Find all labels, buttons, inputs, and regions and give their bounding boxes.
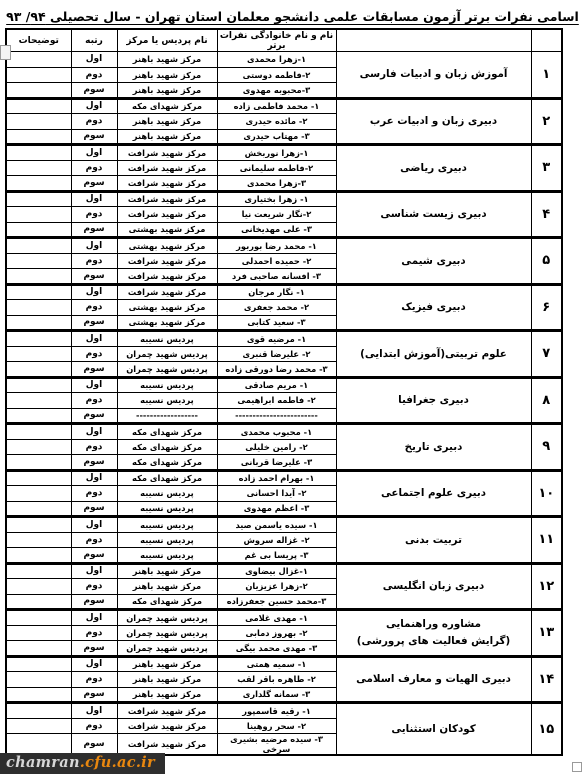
row-number: ۱۵ [531,703,562,756]
remark-value [6,222,71,238]
remark-value [6,238,71,254]
winner-name: ۳- اعظم مهدوی [217,501,336,517]
header-center: نام پردیس یا مرکز [117,29,217,52]
remark-value [6,408,71,424]
campus-name: مرکز شهید شرافت [117,703,217,719]
winner-name: ۱- مرضیه قوی [217,331,336,347]
remark-value [6,67,71,83]
remark-value [6,269,71,285]
rank-value: اول [71,424,117,440]
rank-value: دوم [71,67,117,83]
remark-value [6,579,71,595]
rank-value: اول [71,563,117,579]
campus-name: مرکز شهید باهنر [117,656,217,672]
remark-value [6,672,71,688]
campus-name: مرکز شهید باهنر [117,114,217,130]
winner-name: ۲- بهروز دمابی [217,625,336,641]
field-name: دبیری زیست شناسی [336,191,531,238]
winner-name: ۳- سیده مرضیه بشیری سرخی [217,734,336,756]
remark-value [6,253,71,269]
rank-value: سوم [71,129,117,145]
remark-value [6,548,71,564]
campus-name: مرکز شهید بهشتی [117,238,217,254]
table-row: ۱۲دبیری زبان انگلیسی۱-غزال بیضاویمرکز شه… [6,563,562,579]
remark-value [6,160,71,176]
field-name: دبیری زبان انگلیسی [336,563,531,610]
header-names: نام و نام خانوادگی نفرات برتر [217,29,336,52]
table-row: ۱۱تربیت بدنی۱- سیده یاسمن صیدپردیس نسیبه… [6,517,562,533]
winner-name: ۲-نگار شریعت نیا [217,207,336,223]
rank-value: دوم [71,253,117,269]
table-row: ۱۴دبیری الهیات و معارف اسلامی۱- سمیه همت… [6,656,562,672]
remark-value [6,176,71,192]
row-number: ۱۳ [531,610,562,657]
rank-value: دوم [71,579,117,595]
table-row: ۵دبیری شیمی۱- محمد رضا بوربورمرکز شهید ب… [6,238,562,254]
rank-value: دوم [71,160,117,176]
table-row: ۶دبیری فیزیک۱- نگار مرجانمرکز شهید شرافت… [6,284,562,300]
field-name: کودکان استثنایی [336,703,531,756]
remark-value [6,641,71,657]
remark-value [6,594,71,610]
winner-name: ۱- زهرا بختیاری [217,191,336,207]
winner-name: ۱- رقیه قاسمپور [217,703,336,719]
scanned-document-page: { "page": { "title": "اسامی نفرات برتر آ… [0,0,585,779]
rank-value: سوم [71,269,117,285]
campus-name: مرکز شهید باهنر [117,687,217,703]
results-table-body: ۱آموزش زبان و ادبیات فارسی۱-زهرا محمدیمر… [6,52,562,756]
header-field [336,29,531,52]
table-row: ۱۵کودکان استثنایی۱- رقیه قاسمپورمرکز شهی… [6,703,562,719]
remark-value [6,486,71,502]
remark-value [6,315,71,331]
rank-value: دوم [71,672,117,688]
remark-value [6,346,71,362]
remark-value [6,98,71,114]
winner-name: ۳-محمد حسین جعفرزاده [217,594,336,610]
winner-name: ۳- سعید کتابی [217,315,336,331]
campus-name: مرکز شهید شرافت [117,269,217,285]
campus-name: مرکز شهدای مکه [117,594,217,610]
winner-name: ۳- علی مهدیخانی [217,222,336,238]
campus-name: پردیس نسیبه [117,501,217,517]
row-number: ۱۴ [531,656,562,703]
remark-value [6,362,71,378]
rank-value: سوم [71,408,117,424]
table-row: ۱۳مشاوره وراهنمایی (گرایش فعالیت های پرو… [6,610,562,626]
winner-name: ۲- رامین خلیلی [217,439,336,455]
rank-value: اول [71,98,117,114]
campus-name: پردیس شهید چمران [117,610,217,626]
row-number: ۱۰ [531,470,562,517]
campus-name: مرکز شهید باهنر [117,83,217,99]
winner-name: ۳- افسانه صاحبی فرد [217,269,336,285]
watermark-badge: chamran.cfu.ac.ir [0,753,165,774]
header-row-number [531,29,562,52]
remark-value [6,718,71,734]
rank-value: اول [71,191,117,207]
campus-name: پردیس شهید چمران [117,625,217,641]
remark-value [6,563,71,579]
rank-value: سوم [71,315,117,331]
winner-name: ۲- سحر روهینا [217,718,336,734]
row-number: ۹ [531,424,562,471]
rank-value: دوم [71,486,117,502]
remark-value [6,284,71,300]
winner-name: ۲-زهرا عزیزیان [217,579,336,595]
campus-name: مرکز شهید شرافت [117,191,217,207]
campus-name: پردیس نسیبه [117,393,217,409]
winner-name: ۲- فاطمه ابراهیمی [217,393,336,409]
campus-name: پردیس نسیبه [117,331,217,347]
remark-value [6,439,71,455]
rank-value: سوم [71,176,117,192]
winner-name: ۲- طاهره باقر لقب [217,672,336,688]
remark-value [6,625,71,641]
remark-value [6,393,71,409]
remark-value [6,703,71,719]
rank-value: اول [71,284,117,300]
remark-value [6,83,71,99]
row-number: ۶ [531,284,562,331]
campus-name: مرکز شهید باهنر [117,67,217,83]
campus-name: مرکز شهید باهنر [117,129,217,145]
campus-name: مرکز شهید باهنر [117,672,217,688]
rank-value: دوم [71,300,117,316]
campus-name: مرکز شهید شرافت [117,284,217,300]
row-number: ۴ [531,191,562,238]
table-row: ۱آموزش زبان و ادبیات فارسی۱-زهرا محمدیمر… [6,52,562,68]
campus-name: مرکز شهید باهنر [117,563,217,579]
watermark-site-name: chamran [6,754,80,771]
winner-name: ۲- مائده حیدری [217,114,336,130]
remark-value [6,331,71,347]
campus-name: مرکز شهید بهشتی [117,300,217,316]
remark-value [6,517,71,533]
winner-name: ۳-محبوبه مهدوی [217,83,336,99]
rank-value: دوم [71,207,117,223]
rank-value: سوم [71,687,117,703]
remark-value [6,687,71,703]
rank-value: سوم [71,83,117,99]
campus-name: پردیس نسیبه [117,486,217,502]
field-name: مشاوره وراهنمایی (گرایش فعالیت های پرورش… [336,610,531,657]
rank-value: اول [71,331,117,347]
field-name: دبیری جغرافیا [336,377,531,424]
remark-value [6,114,71,130]
field-name: دبیری علوم اجتماعی [336,470,531,517]
table-row: ۸دبیری جغرافیا۱- مریم صادقیپردیس نسیبهاو… [6,377,562,393]
winner-name: ۳-زهرا محمدی [217,176,336,192]
remark-value [6,455,71,471]
rank-value: اول [71,703,117,719]
rank-value: دوم [71,393,117,409]
watermark-site-suffix: .cfu.ac.ir [80,754,155,771]
campus-name: مرکز شهدای مکه [117,424,217,440]
rank-value: دوم [71,625,117,641]
rank-value: دوم [71,114,117,130]
campus-name: مرکز شهید باهنر [117,579,217,595]
winner-name: ------------------------ [217,408,336,424]
scan-artifact-bottom-right [572,762,582,772]
rank-value: دوم [71,439,117,455]
rank-value: اول [71,656,117,672]
campus-name: پردیس نسیبه [117,548,217,564]
winner-name: ۲-فاطمه دوستی [217,67,336,83]
remark-value [6,300,71,316]
rank-value: دوم [71,346,117,362]
page-title: اسامی نفرات برتر آزمون مسابقات علمی دانش… [0,0,585,24]
remark-value [6,377,71,393]
rank-value: اول [71,470,117,486]
campus-name: مرکز شهدای مکه [117,98,217,114]
table-row: ۳دبیری ریاضی۱-زهرا نوربخشمرکز شهید شرافت… [6,145,562,161]
campus-name: مرکز شهید شرافت [117,718,217,734]
rank-value: سوم [71,455,117,471]
row-number: ۳ [531,145,562,192]
rank-value: سوم [71,222,117,238]
winner-name: ۳- محمد رضا دورقی زاده [217,362,336,378]
winner-name: ۱- محبوب محمدی [217,424,336,440]
row-number: ۱۱ [531,517,562,564]
campus-name: پردیس شهید چمران [117,362,217,378]
row-number: ۱۲ [531,563,562,610]
rank-value: سوم [71,548,117,564]
winner-name: ۲- حمیده احمدلی [217,253,336,269]
remark-value [6,191,71,207]
campus-name: پردیس شهید چمران [117,346,217,362]
winner-name: ۱-زهرا نوربخش [217,145,336,161]
results-table: نام و نام خانوادگی نفرات برتر نام پردیس … [5,28,563,756]
field-name: تربیت بدنی [336,517,531,564]
row-number: ۸ [531,377,562,424]
campus-name: ------------------ [117,408,217,424]
winner-name: ۳- پریسا بی غم [217,548,336,564]
scan-artifact-top-left [0,45,11,60]
remark-value [6,501,71,517]
rank-value: اول [71,610,117,626]
remark-value [6,129,71,145]
remark-value [6,207,71,223]
campus-name: مرکز شهید شرافت [117,160,217,176]
rank-value: اول [71,377,117,393]
winner-name: ۱- سمیه همتی [217,656,336,672]
remark-value [6,610,71,626]
winner-name: ۲- محمد جعفری [217,300,336,316]
rank-value: اول [71,238,117,254]
winner-name: ۲- غزاله سروش [217,532,336,548]
field-name: دبیری فیزیک [336,284,531,331]
remark-value [6,656,71,672]
winner-name: ۳- مهتاب حیدری [217,129,336,145]
field-name: آموزش زبان و ادبیات فارسی [336,52,531,99]
winner-name: ۲-فاطمه سلیمانی [217,160,336,176]
rank-value: دوم [71,718,117,734]
campus-name: مرکز شهید شرافت [117,145,217,161]
winner-name: ۱- بهرام احمد زاده [217,470,336,486]
rank-value: دوم [71,532,117,548]
table-row: ۹دبیری تاریخ۱- محبوب محمدیمرکز شهدای مکه… [6,424,562,440]
row-number: ۵ [531,238,562,285]
campus-name: مرکز شهید شرافت [117,253,217,269]
remark-value [6,470,71,486]
row-number: ۷ [531,331,562,378]
winner-name: ۳- علیرضا قربانی [217,455,336,471]
remark-value [6,424,71,440]
campus-name: پردیس نسیبه [117,377,217,393]
remark-value [6,145,71,161]
campus-name: پردیس شهید چمران [117,641,217,657]
rank-value: اول [71,517,117,533]
rank-value: سوم [71,594,117,610]
results-table-header: نام و نام خانوادگی نفرات برتر نام پردیس … [6,29,562,52]
rank-value: سوم [71,641,117,657]
remark-value [6,532,71,548]
campus-name: مرکز شهید شرافت [117,207,217,223]
winner-name: ۳- مهدی محمد بیگی [217,641,336,657]
field-name: دبیری ریاضی [336,145,531,192]
field-name: دبیری الهیات و معارف اسلامی [336,656,531,703]
winner-name: ۱- سیده یاسمن صید [217,517,336,533]
header-rank: رتبه [71,29,117,52]
field-name: دبیری شیمی [336,238,531,285]
campus-name: مرکز شهدای مکه [117,470,217,486]
campus-name: مرکز شهدای مکه [117,455,217,471]
winner-name: ۱- مهدی غلامی [217,610,336,626]
campus-name: پردیس نسیبه [117,517,217,533]
winner-name: ۱- محمد رضا بوربور [217,238,336,254]
winner-name: ۲- علیرضا قنبری [217,346,336,362]
campus-name: مرکز شهید بهشتی [117,315,217,331]
rank-value: سوم [71,362,117,378]
winner-name: ۱- نگار مرجان [217,284,336,300]
remark-value [6,52,71,68]
table-row: ۲دبیری زبان و ادبیات عرب۱- محمد فاطمی زا… [6,98,562,114]
row-number: ۲ [531,98,562,145]
campus-name: مرکز شهید باهنر [117,52,217,68]
rank-value: سوم [71,501,117,517]
winner-name: ۱-زهرا محمدی [217,52,336,68]
campus-name: مرکز شهید شرافت [117,176,217,192]
rank-value: اول [71,52,117,68]
header-remarks: توضیحات [6,29,71,52]
campus-name: مرکز شهید بهشتی [117,222,217,238]
table-row: ۷علوم تربیتی(آموزش ابتدایی)۱- مرضیه قویپ… [6,331,562,347]
winner-name: ۱- محمد فاطمی زاده [217,98,336,114]
campus-name: پردیس نسیبه [117,532,217,548]
campus-name: مرکز شهدای مکه [117,439,217,455]
winner-name: ۲- آیدا احسانی [217,486,336,502]
field-name: دبیری زبان و ادبیات عرب [336,98,531,145]
row-number: ۱ [531,52,562,99]
table-row: ۴دبیری زیست شناسی۱- زهرا بختیاریمرکز شهی… [6,191,562,207]
winner-name: ۱-غزال بیضاوی [217,563,336,579]
winner-name: ۳- سمانه گلداری [217,687,336,703]
table-row: ۱۰دبیری علوم اجتماعی۱- بهرام احمد زادهمر… [6,470,562,486]
field-name: دبیری تاریخ [336,424,531,471]
field-name: علوم تربیتی(آموزش ابتدایی) [336,331,531,378]
winner-name: ۱- مریم صادقی [217,377,336,393]
rank-value: اول [71,145,117,161]
